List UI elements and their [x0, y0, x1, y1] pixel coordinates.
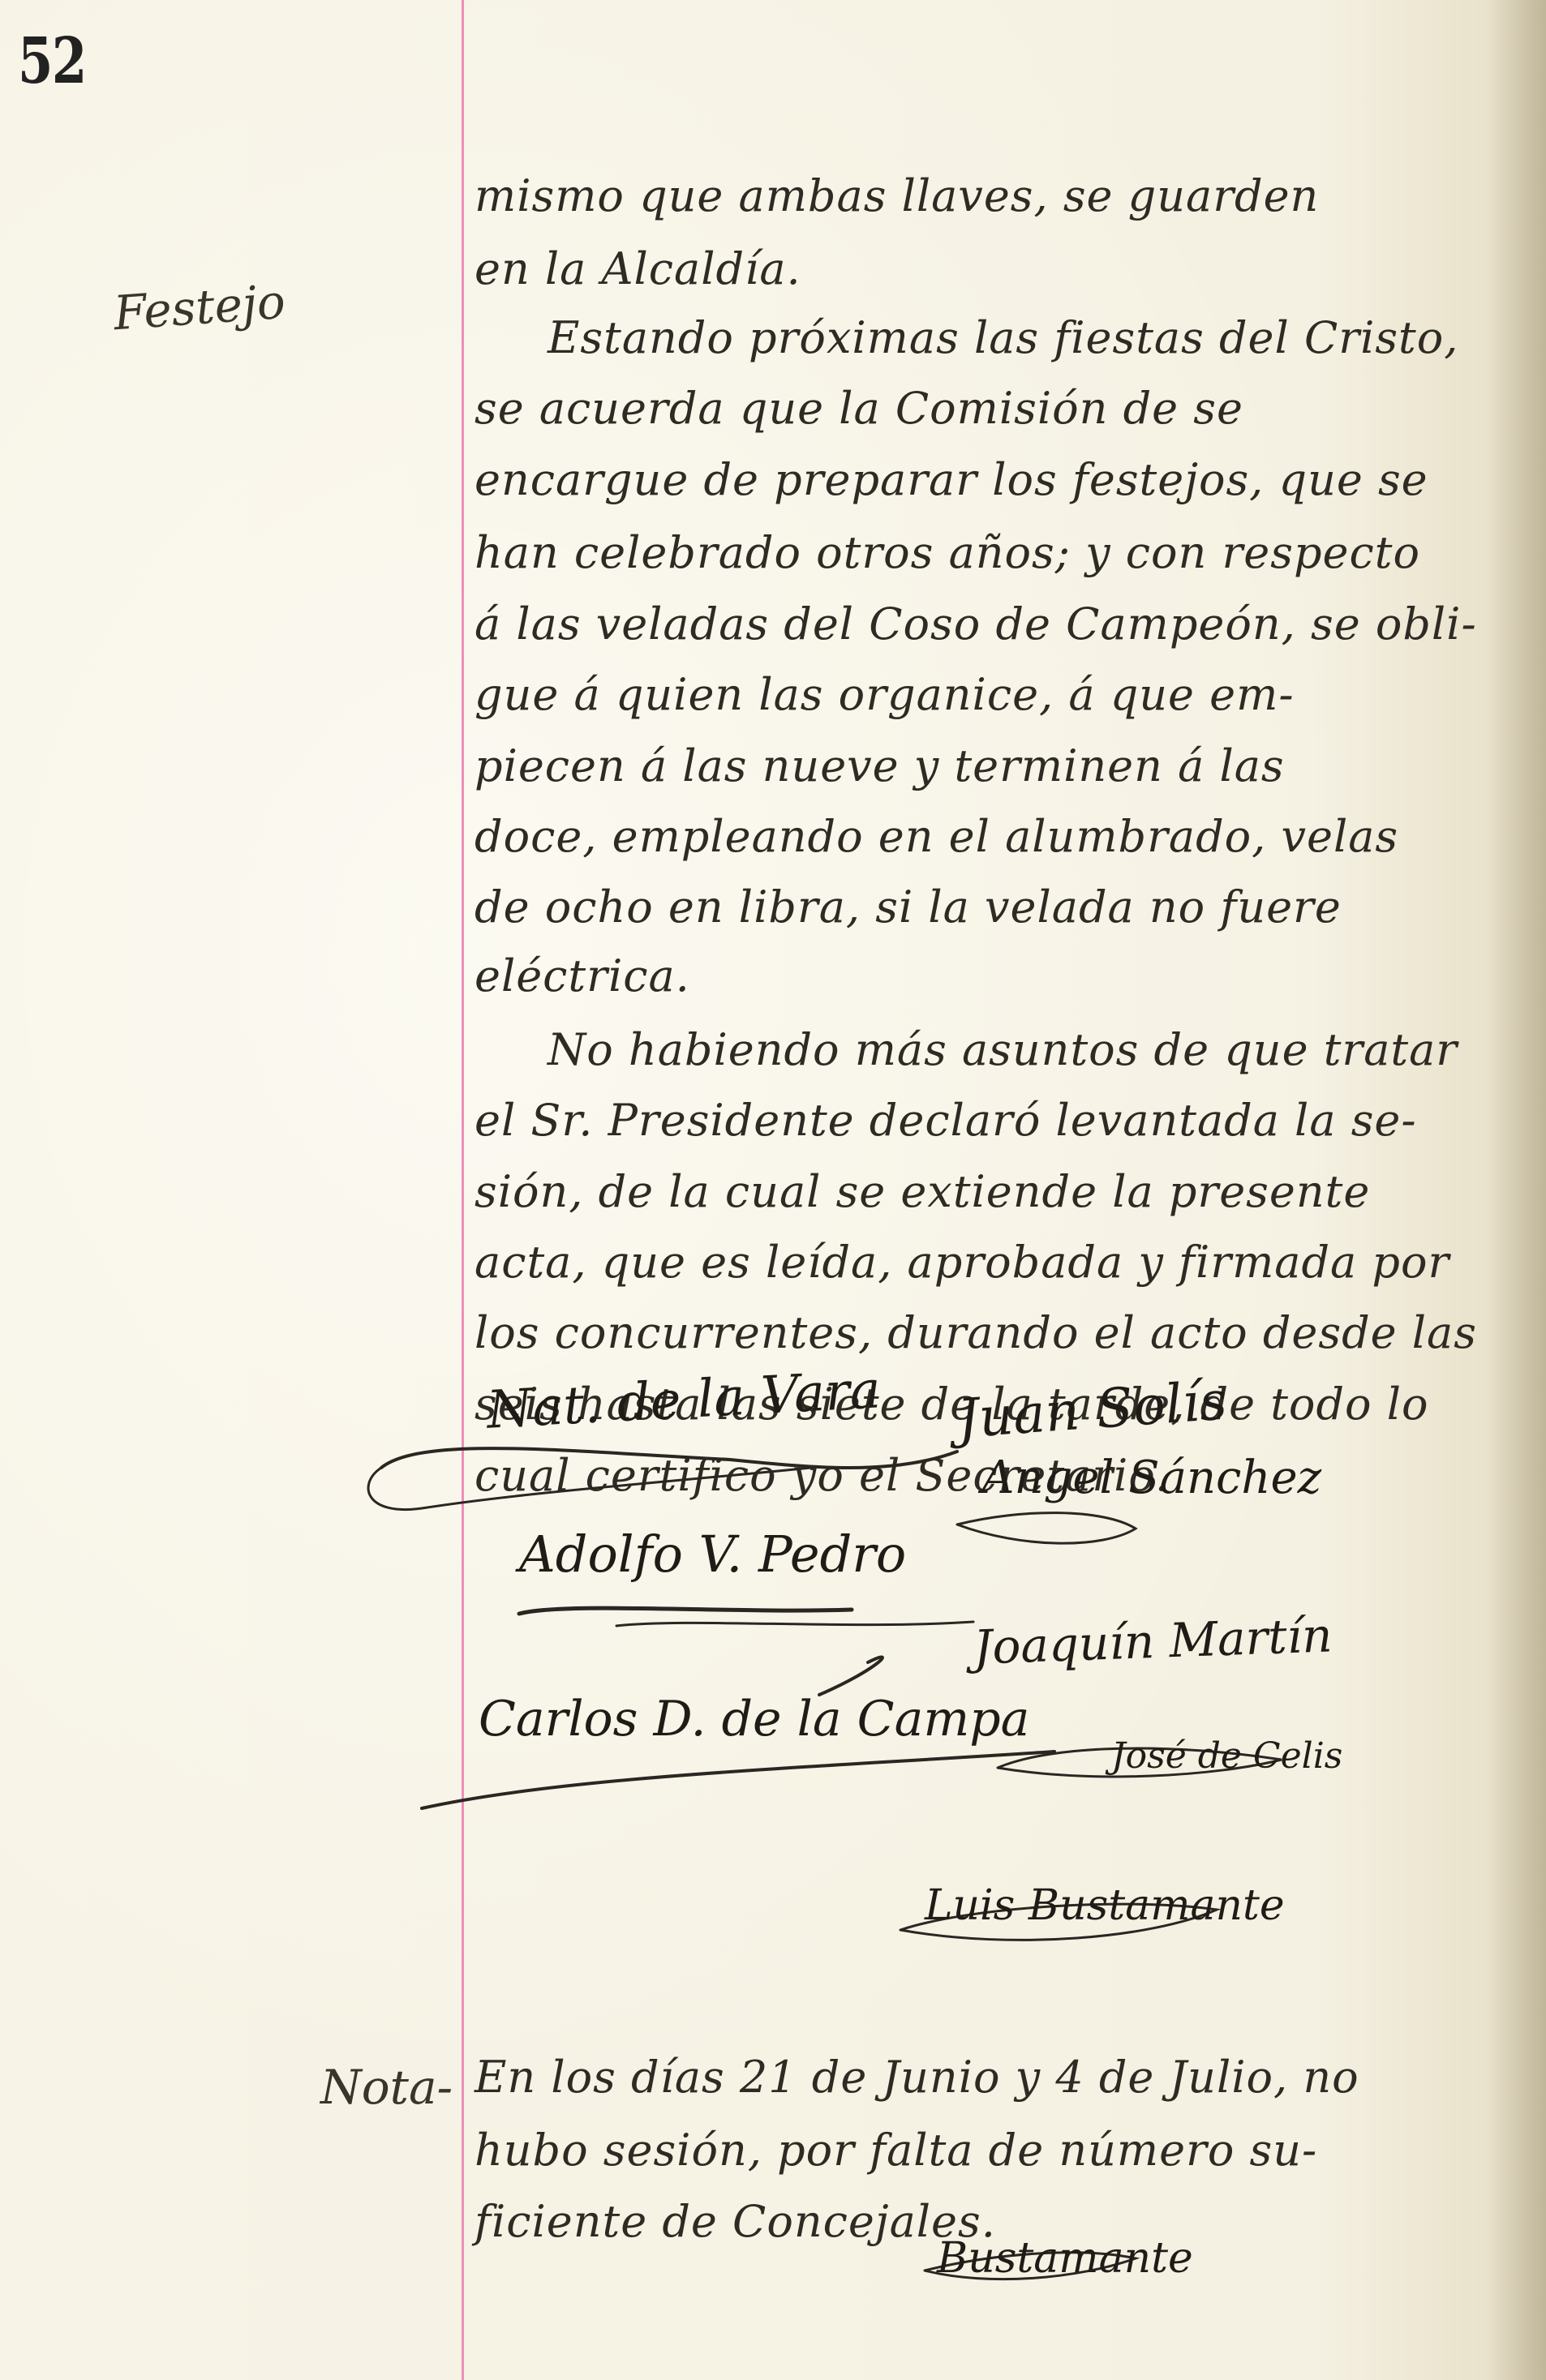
signature-flourishes	[0, 0, 1546, 2380]
signature-campa: Carlos D. de la Campa	[479, 1691, 1029, 1747]
note-signature: Bustamante	[937, 2234, 1193, 2283]
signature-block: Nat. de la Vara Juan Solís Angel Sánchez…	[0, 0, 1546, 2380]
signature-celis: José de Celis	[1111, 1735, 1342, 1777]
signature-pedro: Adolfo V. Pedro	[519, 1524, 906, 1584]
note-line: hubo sesión, por falta de número su-	[475, 2125, 1317, 2176]
note-line: En los días 21 de Junio y 4 de Julio, no	[475, 2052, 1359, 2103]
signature-sanchez: Angel Sánchez	[981, 1452, 1321, 1504]
signature-bustamante: Luis Bustamante	[925, 1881, 1285, 1930]
note-line: ficiente de Concejales.	[475, 2196, 996, 2247]
